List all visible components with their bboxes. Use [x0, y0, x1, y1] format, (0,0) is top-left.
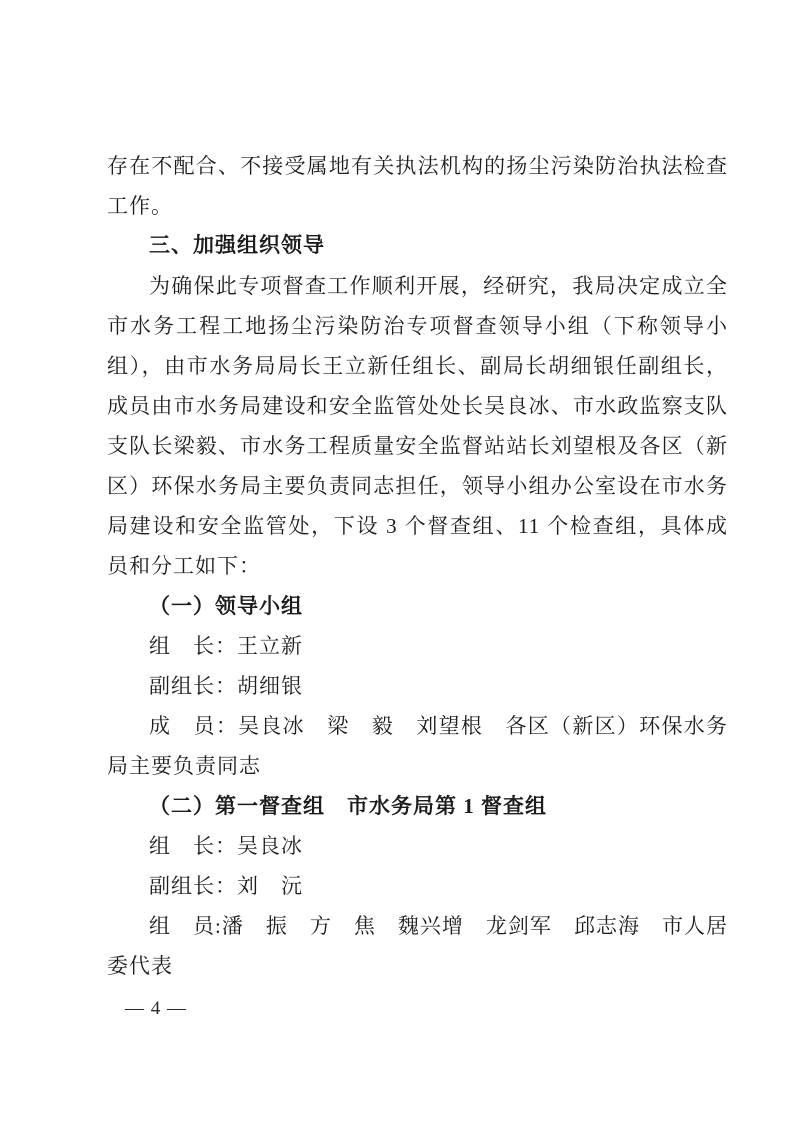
subsection-heading: （一）领导小组 [107, 586, 728, 626]
paragraph: 副组长：刘 沅 [107, 866, 728, 906]
page-number: — 4 — [125, 997, 187, 1021]
subsection-heading: （二）第一督查组 市水务局第 1 督查组 [107, 786, 728, 826]
paragraph: 组 长：王立新 [107, 626, 728, 666]
document-page: 存在不配合、不接受属地有关执法机构的扬尘污染防治执法检查工作。三、加强组织领导为… [0, 0, 793, 1123]
paragraph: 组 长：吴良冰 [107, 826, 728, 866]
paragraph: 成 员：吴良冰 梁 毅 刘望根 各区（新区）环保水务局主要负责同志 [107, 706, 728, 786]
section-heading: 三、加强组织领导 [107, 226, 728, 266]
paragraph: 为确保此专项督查工作顺利开展，经研究，我局决定成立全市水务工程工地扬尘污染防治专… [107, 266, 728, 586]
document-content: 存在不配合、不接受属地有关执法机构的扬尘污染防治执法检查工作。三、加强组织领导为… [107, 146, 728, 986]
paragraph: 存在不配合、不接受属地有关执法机构的扬尘污染防治执法检查工作。 [107, 146, 728, 226]
paragraph: 副组长：胡细银 [107, 666, 728, 706]
paragraph: 组 员:潘 振 方 焦 魏兴增 龙剑军 邱志海 市人居委代表 [107, 906, 728, 986]
